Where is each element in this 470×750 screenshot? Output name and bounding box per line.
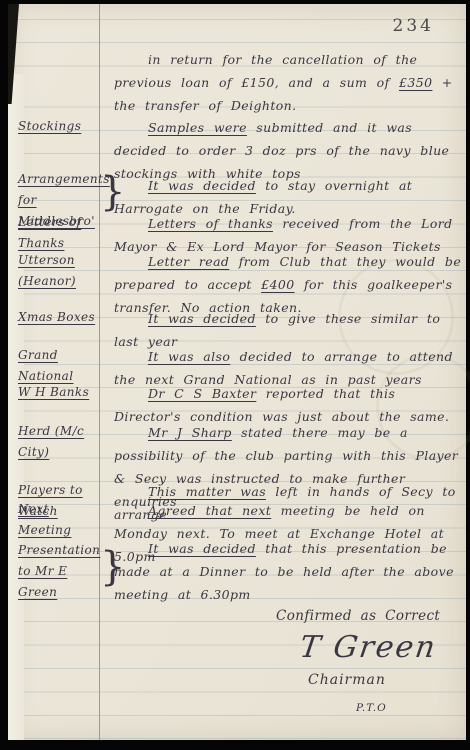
photo-background: { "page_number": "234", "colors": { "bac… — [0, 0, 470, 750]
entry-body: in return for the cancellation of the pr… — [114, 48, 466, 117]
entry-lead: Letter read — [148, 254, 229, 269]
entry-body: It was decided that this presentation be… — [114, 537, 466, 606]
chairman-role: Chairman — [308, 672, 386, 688]
margin-label: Stockings — [18, 116, 104, 137]
entry-lead: It was also — [148, 349, 230, 364]
confirmation-line: Confirmed as Correct — [276, 608, 440, 624]
minute-entry: Presentation to Mr E Green} It was decid… — [18, 537, 466, 606]
entry-amount: £350 — [399, 75, 432, 90]
ledger-page: 234 in return for the cancellation of th… — [8, 4, 466, 740]
entry-lead: Samples were — [148, 120, 247, 135]
entry-lead: Agreed that next — [148, 503, 271, 518]
margin-label: Letters of Thanks — [18, 212, 104, 254]
label-brace: } — [100, 545, 126, 589]
margin-label: Next Meeting — [18, 499, 104, 541]
entry-text: in return for the cancellation of the pr… — [114, 52, 417, 90]
pto-note: P.T.O — [356, 702, 387, 714]
margin-label: Presentation to Mr E Green — [18, 540, 104, 603]
margin-label: Herd (M/c City) — [18, 421, 104, 463]
label-brace: } — [100, 170, 126, 214]
minute-entry: in return for the cancellation of the pr… — [18, 48, 466, 117]
entry-lead: It was decided — [148, 541, 256, 556]
entry-lead: It was decided — [148, 178, 256, 193]
entry-lead: It was decided — [148, 311, 256, 326]
margin-label: W H Banks — [18, 382, 104, 403]
entry-lead: Letters of thanks — [148, 216, 273, 231]
margin-label: Xmas Boxes — [18, 307, 104, 328]
page-number: 234 — [393, 16, 434, 36]
chairman-signature: T Green — [298, 630, 440, 665]
entry-lead: Mr J Sharp — [148, 425, 232, 440]
entry-lead: Dr C S Baxter — [148, 386, 256, 401]
entry-amount: £400 — [261, 277, 294, 292]
margin-label: Grand National — [18, 345, 104, 387]
entry-lead: This matter was — [148, 484, 266, 499]
margin-label: Utterson (Heanor) — [18, 250, 104, 292]
